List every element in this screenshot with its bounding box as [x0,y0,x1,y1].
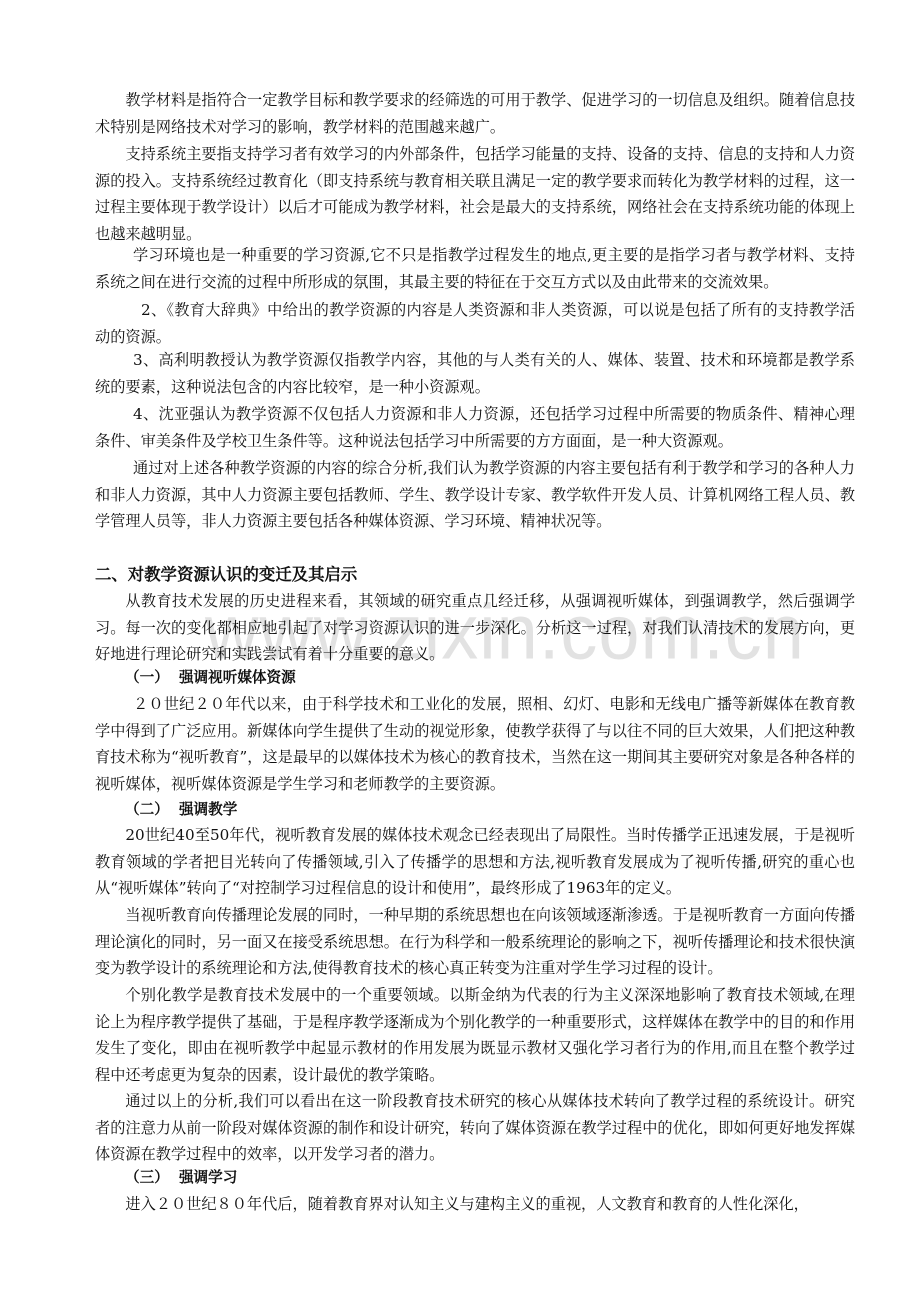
paragraph-item-2: 2、《教育大辞典》中给出的教学资源的内容是人类资源和非人类资源，可以说是包括了所… [95,297,855,350]
paragraph-teaching-materials: 教学材料是指符合一定教学目标和教学要求的经筛选的可用于教学、促进学习的一切信息及… [95,87,855,140]
paragraph-item-4: 4、沈亚强认为教学资源不仅包括人力资源和非人力资源，还包括学习过程中所需要的物质… [95,401,855,454]
paragraph-teaching-1: 20世纪40至50年代，视听教育发展的媒体技术观念已经表现出了局限性。当时传播学… [95,822,855,902]
paragraph-teaching-4: 通过以上的分析,我们可以看出在这一阶段教育技术研究的核心从媒体技术转向了教学过程… [95,1088,855,1168]
paragraph-audiovisual: ２０世纪２０年代以来，由于科学技术和工业化的发展，照相、幻灯、电影和无线电广播等… [95,691,855,797]
paragraph-learning-environment: 学习环境也是一种重要的学习资源,它不只是指教学过程发生的地点,更主要的是指学习者… [95,242,855,295]
paragraph-summary: 通过对上述各种教学资源的内容的综合分析,我们认为教学资源的内容主要包括有利于教学… [95,455,855,535]
paragraph-intro: 从教育技术发展的历史进程来看，其领域的研究重点几经迁移，从强调视听媒体，到强调教… [95,588,855,668]
paragraph-support-system: 支持系统主要指支持学习者有效学习的内外部条件，包括学习能量的支持、设备的支持、信… [95,141,855,247]
paragraph-learning: 进入２０世纪８０年代后，随着教育界对认知主义与建构主义的重视，人文教育和教育的人… [95,1191,855,1218]
paragraph-item-3: 3、高利明教授认为教学资源仅指教学内容，其他的与人类有关的人、媒体、装置、技术和… [95,347,855,400]
paragraph-teaching-3: 个别化教学是教育技术发展中的一个重要领域。以斯金纳为代表的行为主义深深地影响了教… [95,982,855,1088]
subheading-learning: （三） 强调学习 [125,1166,237,1190]
subheading-teaching: （二） 强调教学 [125,798,237,822]
subheading-audiovisual: （一） 强调视听媒体资源 [125,666,296,690]
paragraph-teaching-2: 当视听教育向传播理论发展的同时，一种早期的系统思想也在向该领域逐渐渗透。于是视听… [95,902,855,982]
document-page: www.zixin.com.cn 教学材料是指符合一定教学目标和教学要求的经筛选… [0,0,920,1302]
section-heading: 二、对教学资源认识的变迁及其启示 [95,563,357,587]
